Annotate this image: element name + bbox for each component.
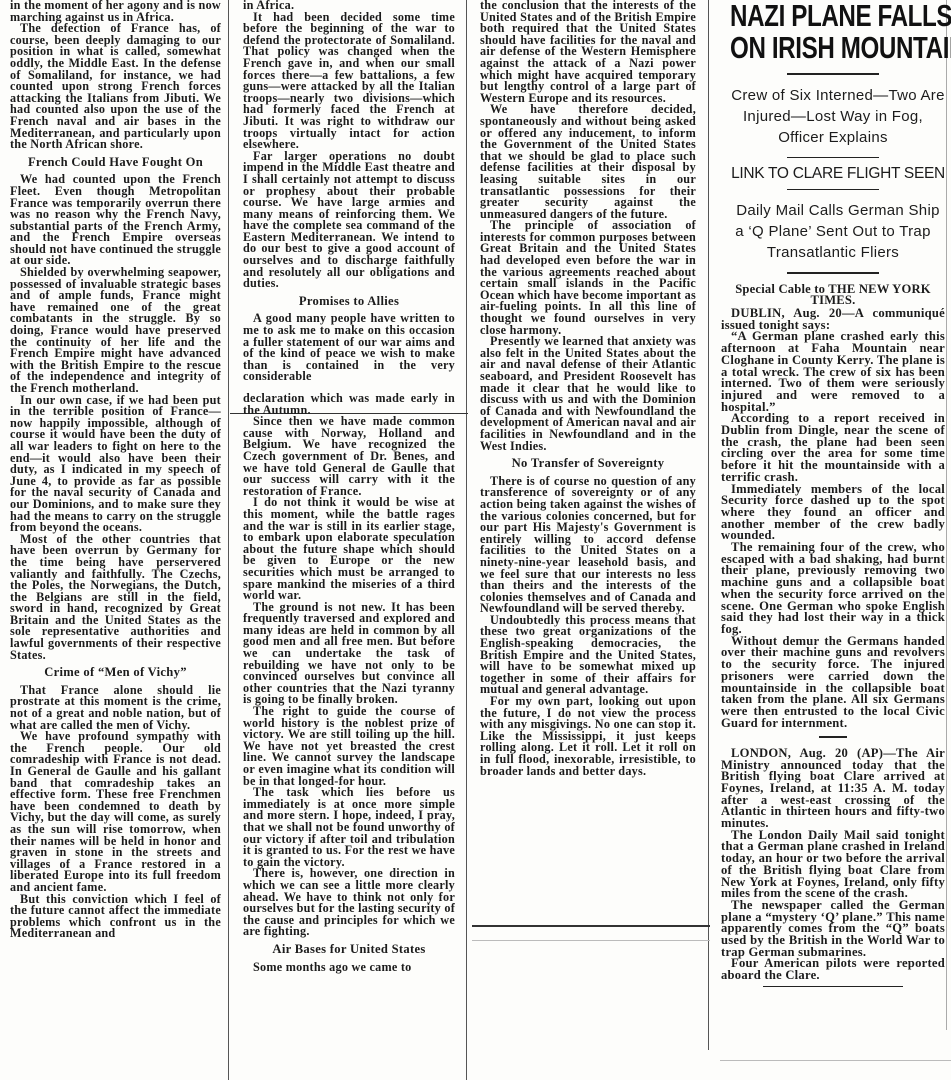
subheading: No Transfer of Sovereignty [480, 458, 696, 470]
column-rule [466, 0, 467, 1080]
paragraph: I do not think it would be wise at this … [243, 497, 455, 601]
paragraph: Four American pilots were reported aboar… [721, 958, 945, 981]
subheading: Crime of “Men of Vichy” [10, 667, 221, 679]
paragraph: declaration which was made early in the … [243, 393, 455, 416]
article-column-1: in the moment of her agony and is now ma… [10, 0, 221, 940]
paragraph: The task which lies before us immediatel… [243, 787, 455, 868]
paragraph: The newspaper called the German plane a … [721, 900, 945, 959]
paragraph: Without demur the Germans handed over th… [721, 636, 945, 730]
paragraph: Undoubtedly this process means that thes… [480, 615, 696, 696]
paragraph: We had counted upon the French Fleet. Ev… [10, 174, 221, 267]
paragraph: A good many people have written to me to… [243, 313, 455, 383]
paragraph: Far larger operations no doubt impend in… [243, 151, 455, 290]
paragraph: Most of the other countries that have be… [10, 534, 221, 662]
paragraph: It had been decided some time before the… [243, 12, 455, 151]
paragraph: The ground is not new. It has been frequ… [243, 602, 455, 706]
paragraph: Since then we have made common cause wit… [243, 416, 455, 497]
headline-line-1: NAZI PLANE FALLS [730, 0, 936, 32]
headline-line-2: ON IRISH MOUNTAIN [730, 32, 936, 64]
paragraph: There is of course no question of any tr… [480, 476, 696, 615]
paragraph: DUBLIN, Aug. 20—A communiqué issued toni… [721, 308, 945, 331]
divider [787, 157, 879, 159]
paragraph: We have therefore decided, spontaneously… [480, 104, 696, 220]
paragraph: the conclusion that the interests of the… [480, 0, 696, 104]
column-rule [708, 0, 709, 1050]
paragraph: For my own part, looking out upon the fu… [480, 696, 696, 777]
paragraph: That France alone should lie prostrate a… [10, 685, 221, 731]
paragraph: The right to guide the course of world h… [243, 706, 455, 787]
paragraph: The London Daily Mail said tonight that … [721, 830, 945, 900]
paragraph: But this conviction which I feel of the … [10, 894, 221, 940]
paragraph: Some months ago we came to [243, 962, 455, 974]
divider [787, 189, 879, 191]
column-rule [946, 0, 947, 1030]
subheading: Promises to Allies [243, 296, 455, 308]
newspaper-page: in the moment of her agony and is now ma… [0, 0, 951, 1080]
paragraph: “A German plane crashed early this after… [721, 331, 945, 413]
subheading: French Could Have Fought On [10, 157, 221, 169]
subheading: Air Bases for United States [243, 944, 455, 956]
deck-2: LINK TO CLARE FLIGHT SEEN [721, 168, 945, 180]
article-column-2: in Africa. It had been decided some time… [243, 0, 455, 973]
deck-1: Crew of Six Interned—Two Are Injured—Los… [721, 85, 945, 148]
paragraph: The remaining four of the crew, who esca… [721, 542, 945, 636]
paragraph: Shielded by overwhelming seapower, posse… [10, 267, 221, 395]
divider [787, 272, 879, 274]
divider [819, 736, 847, 738]
clipping-edge [472, 940, 710, 941]
paragraph: Immediately members of the local Securit… [721, 484, 945, 543]
paragraph: Presently we learned that anxiety was al… [480, 336, 696, 452]
article-body: Special Cable to THE NEW YORK TIMES. DUB… [721, 284, 945, 988]
article-column-3: the conclusion that the interests of the… [480, 0, 696, 777]
paragraph: The defection of France has, of course, … [10, 23, 221, 151]
paragraph: In our own case, if we had been put in t… [10, 395, 221, 534]
clipping-edge [720, 1060, 951, 1061]
paragraph: There is, however, one direction in whic… [243, 868, 455, 938]
article-nazi-plane: NAZI PLANE FALLS ON IRISH MOUNTAIN Crew … [721, 0, 945, 987]
byline-credit: Special Cable to THE NEW YORK TIMES. [721, 284, 945, 307]
deck-3: Daily Mail Calls German Ship a ‘Q Plane’… [721, 200, 945, 263]
end-rule [763, 986, 903, 988]
column-rule [228, 0, 229, 1080]
paragraph: The principle of association of interest… [480, 220, 696, 336]
paragraph: We have profound sympathy with the Frenc… [10, 731, 221, 893]
end-rule [472, 925, 710, 927]
paragraph: According to a report received in Dublin… [721, 413, 945, 483]
paragraph: LONDON, Aug. 20 (AP)—The Air Ministry an… [721, 748, 945, 830]
divider [787, 73, 879, 75]
paragraph: in the moment of her agony and is now ma… [10, 0, 221, 23]
headline: NAZI PLANE FALLS ON IRISH MOUNTAIN [721, 0, 945, 64]
